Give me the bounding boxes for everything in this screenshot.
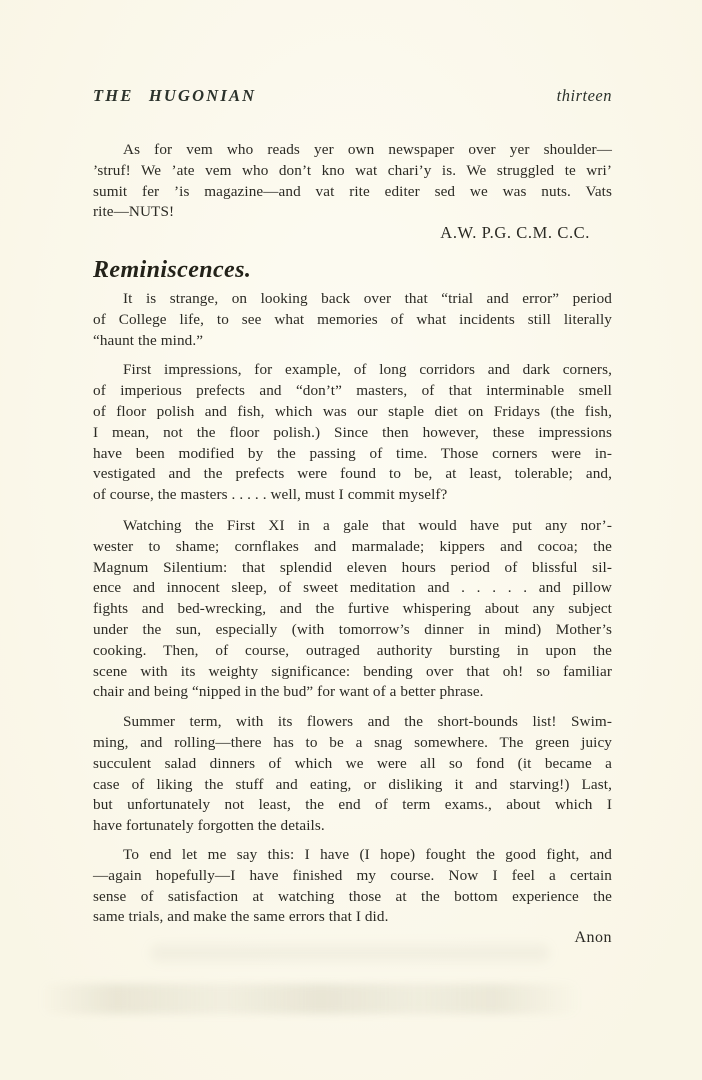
text-line: wester to shame; cornflakes and marmalad…: [93, 537, 612, 558]
text-line: ming, and rolling—there has to be a snag…: [93, 733, 612, 754]
text-line: sumit fer ’is magazine—and vat rite edit…: [93, 182, 612, 203]
intro-signature: A.W. P.G. C.M. C.C.: [93, 223, 612, 244]
text-line: chair and being “nipped in the bud” for …: [93, 682, 612, 703]
intro-paragraph: As for vem who reads yer own newspaper o…: [93, 140, 612, 223]
text-line: It is strange, on looking back over that…: [93, 289, 612, 310]
text-line: Summer term, with its flowers and the sh…: [93, 712, 612, 733]
text-line: vestigated and the prefects were found t…: [93, 464, 612, 485]
text-line: have been modified by the passing of tim…: [93, 444, 612, 465]
text-line: As for vem who reads yer own newspaper o…: [93, 140, 612, 161]
text-line: ence and innocent sleep, of sweet medita…: [93, 578, 612, 599]
text-line: “haunt the mind.”: [93, 331, 612, 352]
running-header: THE HUGONIAN thirteen: [93, 85, 612, 106]
text-line: scene with its weighty significance: ben…: [93, 662, 612, 683]
text-line: same trials, and make the same errors th…: [93, 907, 612, 928]
text-line: sense of satisfaction at watching those …: [93, 887, 612, 908]
text-line: First impressions, for example, of long …: [93, 360, 612, 381]
page-smudge: [150, 944, 550, 962]
text-line: Watching the First XI in a gale that wou…: [93, 516, 612, 537]
text-line: of imperious prefects and “don’t” master…: [93, 381, 612, 402]
text-line: To end let me say this: I have (I hope) …: [93, 845, 612, 866]
article-paragraph-4: Summer term, with its flowers and the sh…: [93, 712, 612, 837]
text-line: Magnum Silentium: that splendid eleven h…: [93, 558, 612, 579]
article-paragraph-2: First impressions, for example, of long …: [93, 360, 612, 506]
text-line: have fortunately forgotten the details.: [93, 816, 612, 837]
journal-title: THE HUGONIAN: [93, 85, 256, 106]
text-line: case of liking the stuff and eating, or …: [93, 775, 612, 796]
page-number: thirteen: [557, 85, 612, 106]
text-line: rite—NUTS!: [93, 202, 612, 223]
text-line: —again hopefully—I have finished my cour…: [93, 866, 612, 887]
text-line: cooking. Then, of course, outraged autho…: [93, 641, 612, 662]
page-content: THE HUGONIAN thirteen As for vem who rea…: [93, 85, 612, 949]
article-paragraph-3: Watching the First XI in a gale that wou…: [93, 516, 612, 703]
text-line: of floor polish and fish, which was our …: [93, 402, 612, 423]
text-line: I mean, not the floor polish.) Since the…: [93, 423, 612, 444]
text-line: of College life, to see what memories of…: [93, 310, 612, 331]
article-heading: Reminiscences.: [93, 256, 612, 284]
text-line: under the sun, especially (with tomorrow…: [93, 620, 612, 641]
text-line: succulent salad dinners of which we were…: [93, 754, 612, 775]
text-line: but unfortunately not least, the end of …: [93, 795, 612, 816]
text-line: fights and bed-wrecking, and the furtive…: [93, 599, 612, 620]
scanned-magazine-page: THE HUGONIAN thirteen As for vem who rea…: [0, 0, 702, 1080]
text-line: of course, the masters . . . . . well, m…: [93, 485, 612, 506]
article-paragraph-5: To end let me say this: I have (I hope) …: [93, 845, 612, 928]
article-paragraph-1: It is strange, on looking back over that…: [93, 289, 612, 351]
text-line: ’struf! We ’ate vem who don’t kno wat ch…: [93, 161, 612, 182]
page-smudge: [40, 984, 580, 1014]
